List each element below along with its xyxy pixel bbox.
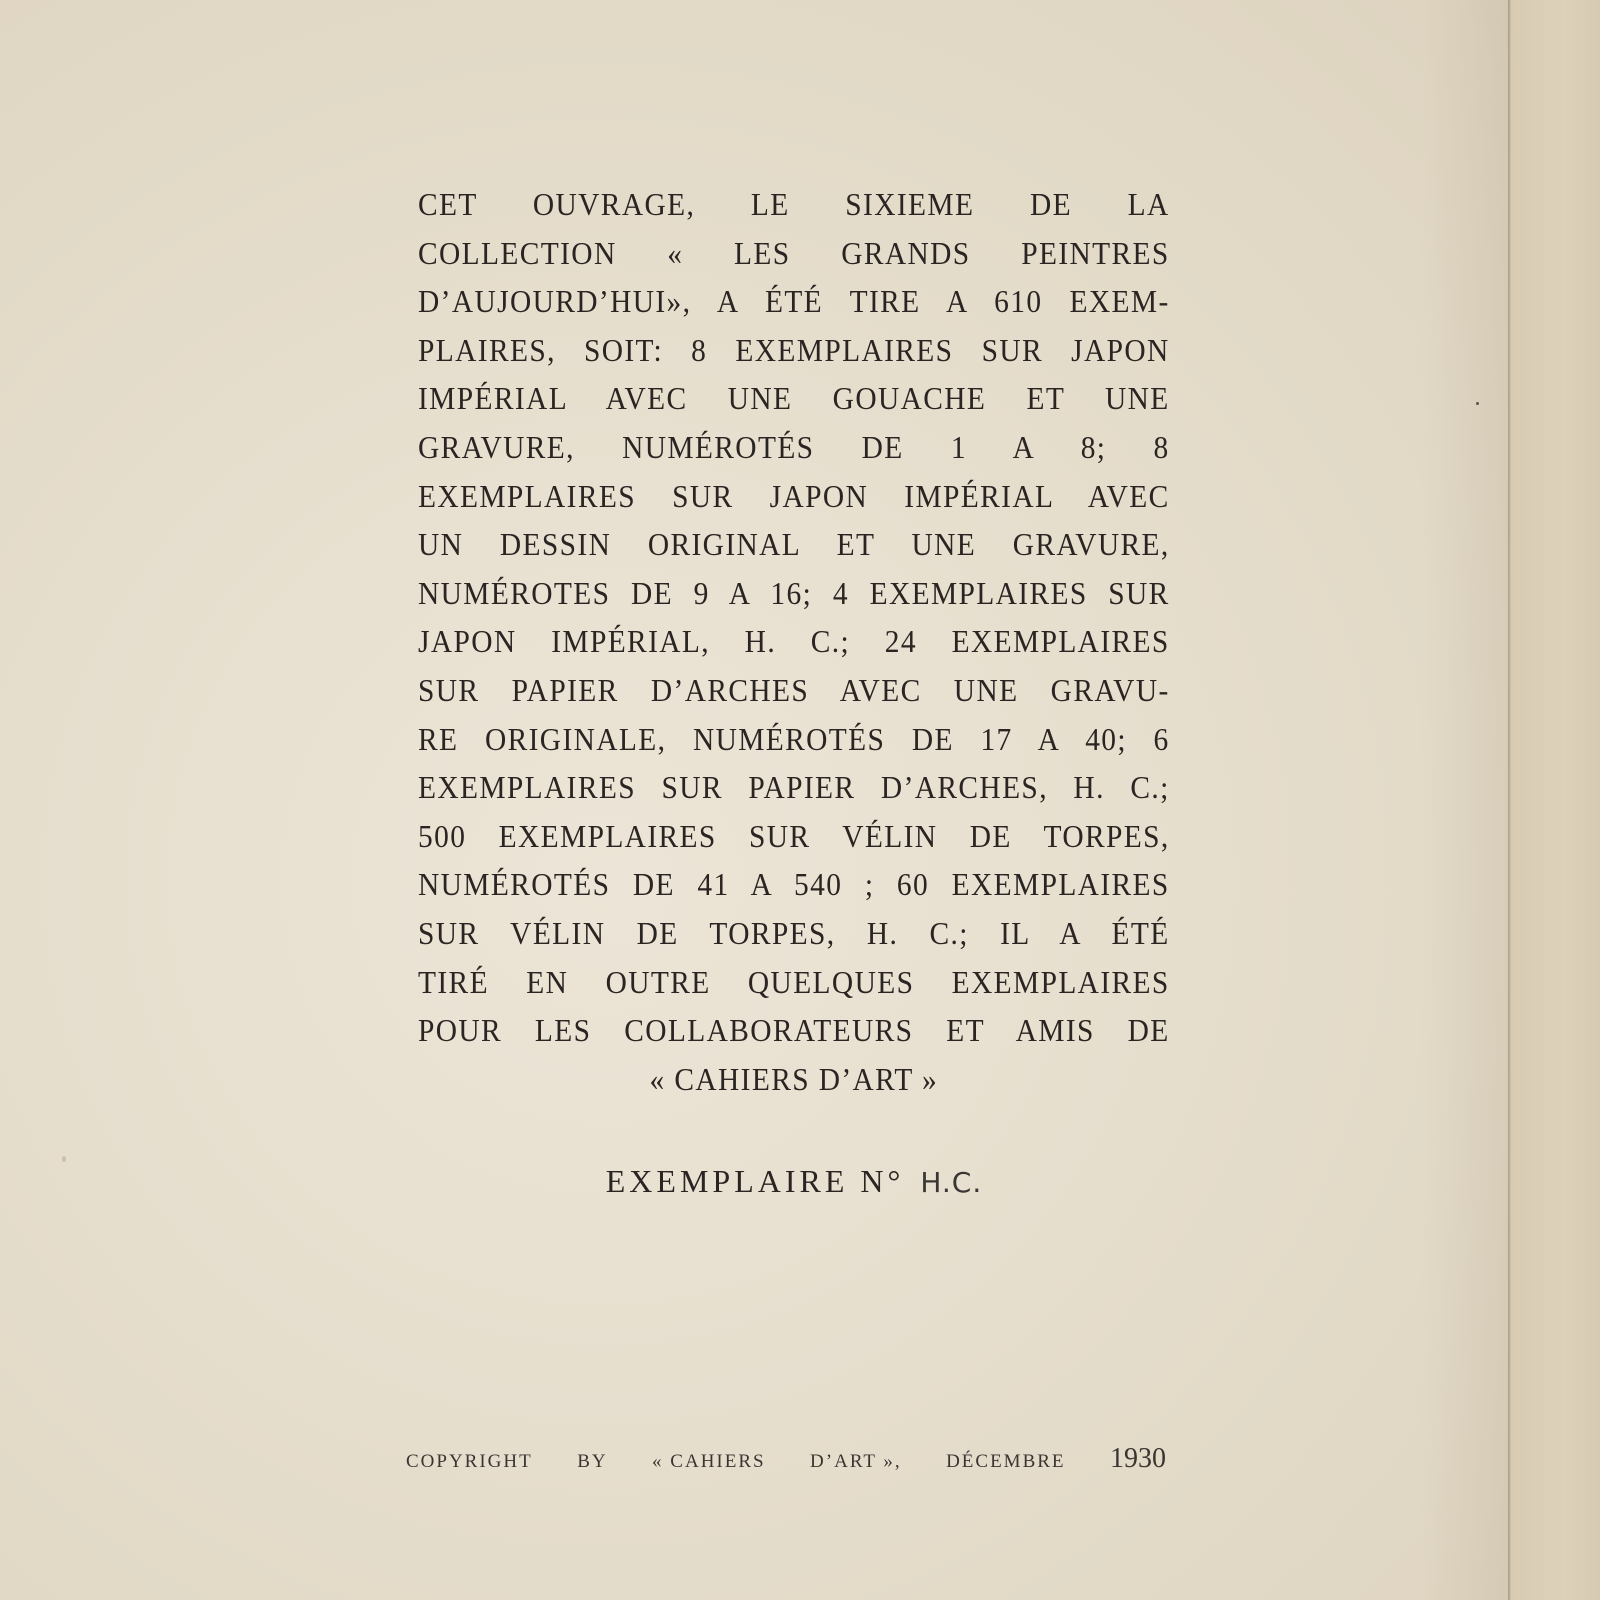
text-line: NUMÉROTES DE 9 A 16; 4 EXEMPLAIRES SUR [418, 569, 1170, 618]
text-line: SUR PAPIER D’ARCHES AVEC UNE GRAVU- [418, 666, 1170, 715]
text-line: EXEMPLAIRES SUR PAPIER D’ARCHES, H. C.; [418, 763, 1170, 812]
copyright-word: COPYRIGHT [406, 1451, 533, 1473]
text-line: CET OUVRAGE, LE SIXIEME DE LA [418, 180, 1170, 229]
book-page: CET OUVRAGE, LE SIXIEME DE LA COLLECTION… [0, 0, 1510, 1600]
text-line: GRAVURE, NUMÉROTÉS DE 1 A 8; 8 [418, 423, 1170, 472]
text-line: TIRÉ EN OUTRE QUELQUES EXEMPLAIRES [418, 958, 1170, 1007]
text-line-centered: « CAHIERS D’ART » [418, 1055, 1170, 1104]
justification-du-tirage: CET OUVRAGE, LE SIXIEME DE LA COLLECTION… [418, 180, 1170, 1103]
copyright-line: COPYRIGHT BY « CAHIERS D’ART », DÉCEMBRE… [406, 1443, 1166, 1475]
text-line: UN DESSIN ORIGINAL ET UNE GRAVURE, [418, 520, 1170, 569]
text-line: EXEMPLAIRES SUR JAPON IMPÉRIAL AVEC [418, 472, 1170, 521]
text-line: PLAIRES, SOIT: 8 EXEMPLAIRES SUR JAPON [418, 326, 1170, 375]
underlying-page [1511, 0, 1600, 1600]
text-line: RE ORIGINALE, NUMÉROTÉS DE 17 A 40; 6 [418, 715, 1170, 764]
text-line: IMPÉRIAL AVEC UNE GOUACHE ET UNE [418, 374, 1170, 423]
copyright-word: « CAHIERS [652, 1451, 766, 1473]
text-line: 500 EXEMPLAIRES SUR VÉLIN DE TORPES, [418, 812, 1170, 861]
copyright-year: 1930 [1110, 1443, 1166, 1475]
text-line: COLLECTION « LES GRANDS PEINTRES [418, 229, 1170, 278]
copyright-word: D’ART », [810, 1451, 902, 1473]
paper-speck [62, 1156, 66, 1162]
text-line: JAPON IMPÉRIAL, H. C.; 24 EXEMPLAIRES [418, 617, 1170, 666]
text-line: SUR VÉLIN DE TORPES, H. C.; IL A ÉTÉ [418, 909, 1170, 958]
copyright-word: BY [577, 1451, 607, 1473]
copyright-word: DÉCEMBRE [946, 1451, 1065, 1473]
text-line: POUR LES COLLABORATEURS ET AMIS DE [418, 1006, 1170, 1055]
text-line: D’AUJOURD’HUI», A ÉTÉ TIRE A 610 EXEM- [418, 277, 1170, 326]
copy-number-label: EXEMPLAIRE N° [606, 1163, 905, 1199]
text-line: NUMÉROTÉS DE 41 A 540 ; 60 EXEMPLAIRES [418, 860, 1170, 909]
copy-number-handwritten: H.C. [920, 1166, 982, 1199]
copy-number: EXEMPLAIRE N° H.C. [418, 1163, 1170, 1200]
page-gutter-shadow [1420, 0, 1510, 1600]
